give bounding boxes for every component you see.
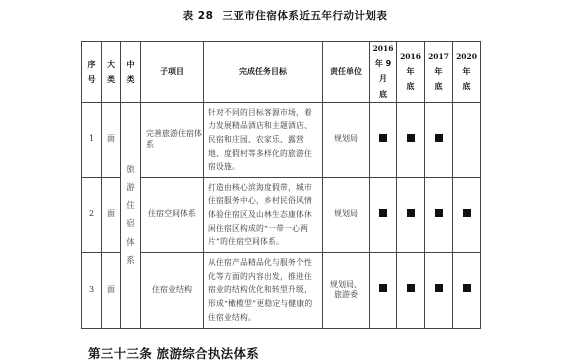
row-sub-item: 住宿空间体系 <box>141 177 204 252</box>
deadline-cell-3 <box>425 102 453 177</box>
deadline-cell-3 <box>425 177 453 252</box>
row-major-category: 面 <box>102 102 121 177</box>
row-goal: 打造由核心滨海度假带，城市住宿服务中心，乡村民俗风情体验住宿区及山林生态康体休闲… <box>204 177 323 252</box>
table-number: 表 28 <box>183 10 214 22</box>
deadline-cell-4 <box>453 177 481 252</box>
deadline-cell-3 <box>425 252 453 328</box>
filled-square-mark-icon <box>379 134 387 142</box>
deadline-cell-1 <box>370 177 397 252</box>
deadline-cell-4 <box>453 102 481 177</box>
deadline-cell-2 <box>397 102 425 177</box>
header-goal: 完成任务目标 <box>204 42 323 103</box>
header-deadline-2020-end: 2020 年 底 <box>453 42 481 103</box>
row-seq: 2 <box>82 177 102 252</box>
article-heading: 第三十三条 旅游综合执法体系 <box>88 344 259 360</box>
table-row: 2 面 住宿空间体系 打造由核心滨海度假带，城市住宿服务中心，乡村民俗风情体验住… <box>82 177 481 252</box>
table-title: 三亚市住宿体系近五年行动计划表 <box>222 10 387 22</box>
row-responsible-unit: 规划局 <box>323 102 370 177</box>
header-major-category: 大类 <box>102 42 121 103</box>
header-row: 序号 大类 中类 子项目 完成任务目标 责任单位 2016 年 9 月 底 20… <box>82 42 481 103</box>
deadline-cell-2 <box>397 177 425 252</box>
header-deadline-2017-end: 2017 年 底 <box>425 42 453 103</box>
row-responsible-unit: 规划局、旅游委 <box>323 252 370 328</box>
table-row: 1 面 旅 游 住 宿 体 系 完善旅游住宿体系 针对不同的目标客源市场，着力发… <box>82 102 481 177</box>
header-deadline-2016-sep: 2016 年 9 月 底 <box>370 42 397 103</box>
row-sub-item: 完善旅游住宿体系 <box>141 102 204 177</box>
header-middle-category: 中类 <box>121 42 141 103</box>
filled-square-mark-icon <box>407 209 415 217</box>
filled-square-mark-icon <box>435 284 443 292</box>
filled-square-mark-icon <box>435 209 443 217</box>
deadline-cell-1 <box>370 252 397 328</box>
filled-square-mark-icon <box>379 209 387 217</box>
row-seq: 1 <box>82 102 102 177</box>
row-goal: 针对不同的目标客源市场，着力发展精品酒店和主题酒店、民宿和庄园、农家乐、露营地、… <box>204 102 323 177</box>
middle-category-merged: 旅 游 住 宿 体 系 <box>121 102 141 328</box>
row-goal: 从住宿产品精品化与服务个性化等方面的内容出发，推进住宿业的结构优化和转型升级，形… <box>204 252 323 328</box>
row-major-category: 面 <box>102 252 121 328</box>
header-responsible-unit: 责任单位 <box>323 42 370 103</box>
row-sub-item: 住宿业结构 <box>141 252 204 328</box>
table-row: 3 面 住宿业结构 从住宿产品精品化与服务个性化等方面的内容出发，推进住宿业的结… <box>82 252 481 328</box>
filled-square-mark-icon <box>379 284 387 292</box>
deadline-cell-1 <box>370 102 397 177</box>
header-deadline-2016-end: 2016 年 底 <box>397 42 425 103</box>
header-sub-item: 子项目 <box>141 42 204 103</box>
action-plan-table: 序号 大类 中类 子项目 完成任务目标 责任单位 2016 年 9 月 底 20… <box>81 41 481 329</box>
header-seq: 序号 <box>82 42 102 103</box>
filled-square-mark-icon <box>407 134 415 142</box>
filled-square-mark-icon <box>435 134 443 142</box>
filled-square-mark-icon <box>463 284 471 292</box>
deadline-cell-2 <box>397 252 425 328</box>
filled-square-mark-icon <box>407 284 415 292</box>
row-major-category: 面 <box>102 177 121 252</box>
row-seq: 3 <box>82 252 102 328</box>
row-responsible-unit: 规划局 <box>323 177 370 252</box>
filled-square-mark-icon <box>463 209 471 217</box>
deadline-cell-4 <box>453 252 481 328</box>
table-caption: 表 28三亚市住宿体系近五年行动计划表 <box>0 8 570 23</box>
